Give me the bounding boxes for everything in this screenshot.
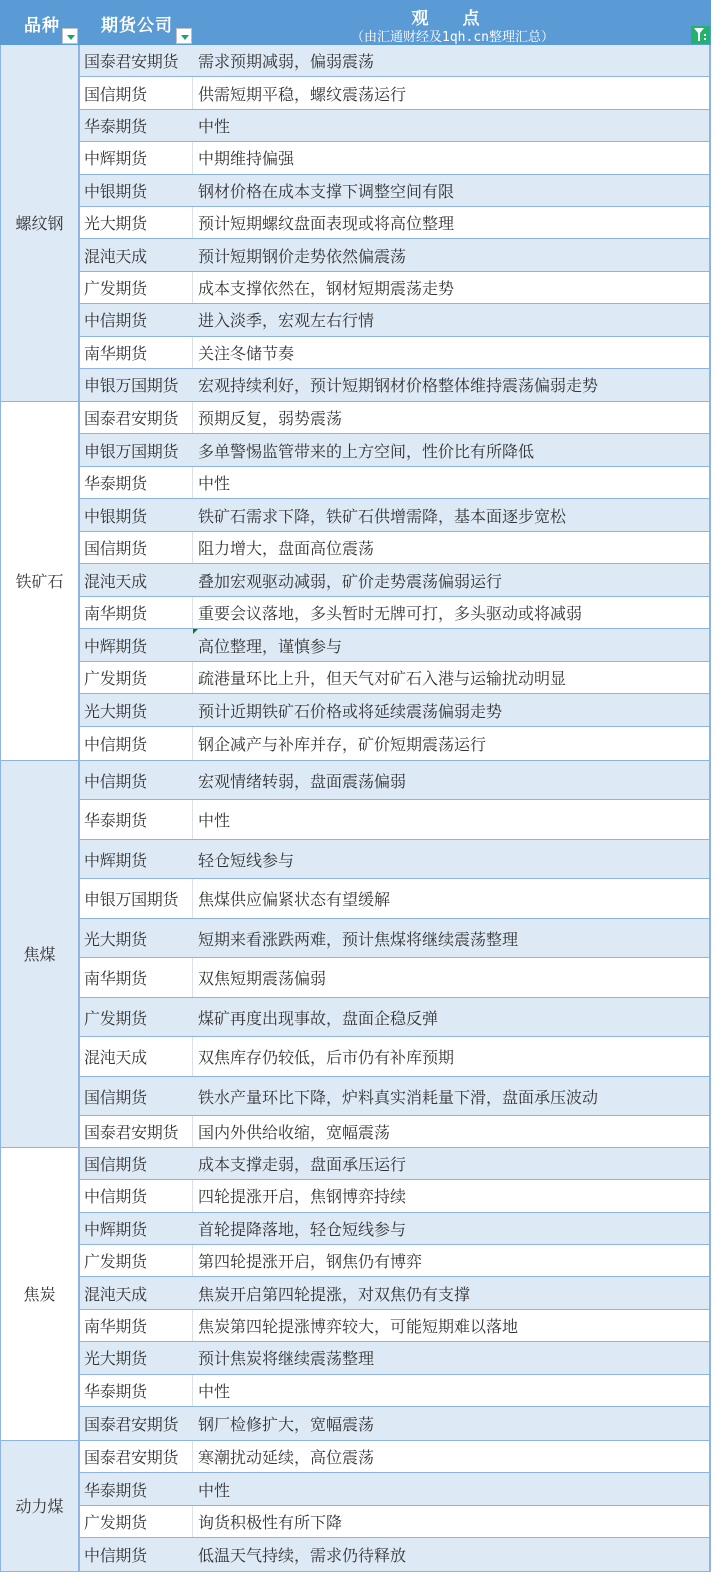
table-row: 混沌天成预计短期钢价走势依然偏震荡 [80,239,711,271]
view-text: 双焦库存仍较低，后市仍有补库预期 [198,1045,454,1068]
section-4: 动力煤国泰君安期货寒潮扰动延续，高位震荡华泰期货中性广发期货询货积极性有所下降中… [0,1441,711,1572]
view-text: 钢材价格在成本支撑下调整空间有限 [198,179,454,202]
section-rows: 国泰君安期货预期反复，弱势震荡申银万国期货多单警惕监管带来的上方空间，性价比有所… [80,402,711,760]
section-rows: 国信期货成本支撑走弱，盘面承压运行中信期货四轮提涨开启，焦钢博弈持续中辉期货首轮… [80,1148,711,1440]
view-cell[interactable]: 轻仓短线参与 [193,840,709,879]
company-cell[interactable]: 广发期货 [80,272,193,303]
view-cell[interactable]: 疏港量环比上升，但天气对矿石入港与运输扰动明显 [193,662,709,694]
futures-opinion-table: 品种 期货公司 观 点 （由汇通财经及1qh.cn整理汇总） 螺纹钢国泰君安期货… [0,0,711,1572]
company-cell[interactable]: 南华期货 [80,1310,193,1341]
view-cell[interactable]: 进入淡季，宏观左右行情 [193,304,709,335]
table-row: 广发期货煤矿再度出现事故，盘面企稳反弹 [80,998,711,1038]
category-cell[interactable]: 铁矿石 [0,402,80,760]
header-company: 期货公司 [81,0,194,45]
view-cell[interactable]: 多单警惕监管带来的上方空间，性价比有所降低 [193,434,709,466]
company-cell[interactable]: 广发期货 [80,1506,193,1538]
table-row: 混沌天成双焦库存仍较低，后市仍有补库预期 [80,1037,711,1077]
section-0: 螺纹钢国泰君安期货需求预期减弱，偏弱震荡国信期货供需短期平稳，螺纹震荡运行华泰期… [0,45,711,402]
company-cell[interactable]: 南华期货 [80,597,193,629]
category-cell[interactable]: 动力煤 [0,1441,80,1571]
table-row: 中信期货进入淡季，宏观左右行情 [80,304,711,336]
view-text: 焦炭第四轮提涨博弈较大，可能短期难以落地 [198,1314,518,1337]
view-text: 预计近期铁矿石价格或将延续震荡偏弱走势 [198,699,502,722]
view-cell[interactable]: 宏观持续利好，预计短期钢材价格整体维持震荡偏弱走势 [193,369,709,401]
company-cell[interactable]: 广发期货 [80,662,193,694]
view-text: 供需短期平稳，螺纹震荡运行 [198,82,406,105]
company-cell[interactable]: 光大期货 [80,694,193,726]
company-cell[interactable]: 申银万国期货 [80,879,193,918]
company-cell[interactable]: 申银万国期货 [80,434,193,466]
view-cell[interactable]: 成本支撑走弱，盘面承压运行 [193,1148,709,1179]
view-text: 预计短期钢价走势依然偏震荡 [198,244,406,267]
view-text: 需求预期减弱，偏弱震荡 [198,49,374,72]
section-1: 铁矿石国泰君安期货预期反复，弱势震荡申银万国期货多单警惕监管带来的上方空间，性价… [0,402,711,761]
table-row: 中信期货四轮提涨开启，焦钢博弈持续 [80,1180,711,1212]
category-filter-dropdown-icon[interactable] [62,28,78,44]
view-cell[interactable]: 中性 [193,467,709,499]
view-text: 煤矿再度出现事故，盘面企稳反弹 [198,1006,438,1029]
view-cell[interactable]: 供需短期平稳，螺纹震荡运行 [193,77,709,108]
view-text: 成本支撑依然在，钢材短期震荡走势 [198,276,454,299]
company-cell[interactable]: 国信期货 [80,532,193,564]
table-row: 广发期货询货积极性有所下降 [80,1506,711,1539]
view-text: 焦炭开启第四轮提涨，对双焦仍有支撑 [198,1282,470,1305]
view-text: 中性 [198,1379,230,1402]
table-row: 中辉期货高位整理，谨慎参与 [80,629,711,662]
table-row: 光大期货预计短期螺纹盘面表现或将高位整理 [80,207,711,239]
header-view: 观 点 （由汇通财经及1qh.cn整理汇总） [194,0,711,45]
view-cell[interactable]: 预计短期螺纹盘面表现或将高位整理 [193,207,709,238]
view-cell[interactable]: 国内外供给收缩，宽幅震荡 [193,1116,709,1147]
table-row: 中信期货宏观情绪转弱，盘面震荡偏弱 [80,761,711,801]
view-cell[interactable]: 中性 [193,1375,709,1406]
table-row: 南华期货焦炭第四轮提涨博弈较大，可能短期难以落地 [80,1310,711,1342]
table-row: 华泰期货中性 [80,110,711,142]
company-cell[interactable]: 国信期货 [80,1148,193,1179]
view-text: 铁水产量环比下降，炉料真实消耗量下滑，盘面承压波动 [198,1085,598,1108]
table-row: 华泰期货中性 [80,1473,711,1506]
view-text: 低温天气持续，需求仍待释放 [198,1543,406,1566]
view-text: 四轮提涨开启，焦钢博弈持续 [198,1184,406,1207]
company-cell[interactable]: 混沌天成 [80,1037,193,1076]
view-text: 进入淡季，宏观左右行情 [198,308,374,331]
company-cell[interactable]: 广发期货 [80,998,193,1037]
table-row: 华泰期货中性 [80,467,711,500]
view-text: 宏观持续利好，预计短期钢材价格整体维持震荡偏弱走势 [198,373,598,396]
company-cell[interactable]: 国泰君安期货 [80,1441,193,1473]
view-text: 宏观情绪转弱，盘面震荡偏弱 [198,769,406,792]
section-rows: 国泰君安期货寒潮扰动延续，高位震荡华泰期货中性广发期货询货积极性有所下降中信期货… [80,1441,711,1571]
view-text: 预期反复，弱势震荡 [198,406,342,429]
table-row: 国泰君安期货国内外供给收缩，宽幅震荡 [80,1116,711,1147]
view-cell[interactable]: 中性 [193,1473,709,1505]
view-cell[interactable]: 寒潮扰动延续，高位震荡 [193,1441,709,1473]
company-cell[interactable]: 中信期货 [80,761,193,800]
company-cell[interactable]: 申银万国期货 [80,369,193,401]
view-cell[interactable]: 中性 [193,800,709,839]
company-cell[interactable]: 华泰期货 [80,1473,193,1505]
view-text: 疏港量环比上升，但天气对矿石入港与运输扰动明显 [198,666,566,689]
view-text: 中期维持偏强 [198,146,294,169]
company-cell[interactable]: 国泰君安期货 [80,402,193,434]
table-row: 广发期货第四轮提涨开启，钢焦仍有博弈 [80,1245,711,1277]
view-text: 铁矿石需求下降，铁矿石供增需降，基本面逐步宽松 [198,504,566,527]
view-cell[interactable]: 钢材价格在成本支撑下调整空间有限 [193,175,709,206]
active-filter-icon[interactable] [691,26,710,44]
company-cell[interactable]: 国信期货 [80,77,193,108]
table-row: 国信期货成本支撑走弱，盘面承压运行 [80,1148,711,1180]
company-cell[interactable]: 中信期货 [80,1180,193,1211]
view-text: 预计焦炭将继续震荡整理 [198,1346,374,1369]
table-row: 中银期货钢材价格在成本支撑下调整空间有限 [80,175,711,207]
table-row: 广发期货成本支撑依然在，钢材短期震荡走势 [80,272,711,304]
company-cell[interactable]: 光大期货 [80,919,193,958]
view-cell[interactable]: 双焦库存仍较低，后市仍有补库预期 [193,1037,709,1076]
section-rows: 中信期货宏观情绪转弱，盘面震荡偏弱华泰期货中性中辉期货轻仓短线参与申银万国期货焦… [80,761,711,1147]
table-header: 品种 期货公司 观 点 （由汇通财经及1qh.cn整理汇总） [0,0,711,45]
category-cell[interactable]: 焦炭 [0,1148,80,1440]
view-cell[interactable]: 高位整理，谨慎参与 [193,629,709,661]
view-cell[interactable]: 询货积极性有所下降 [193,1506,709,1538]
category-cell[interactable]: 螺纹钢 [0,45,80,401]
view-cell[interactable]: 叠加宏观驱动减弱，矿价走势震荡偏弱运行 [193,564,709,596]
view-text: 中性 [198,114,230,137]
view-text: 第四轮提涨开启，钢焦仍有博弈 [198,1249,422,1272]
section-rows: 国泰君安期货需求预期减弱，偏弱震荡国信期货供需短期平稳，螺纹震荡运行华泰期货中性… [80,45,711,401]
table-row: 申银万国期货焦煤供应偏紧状态有望缓解 [80,879,711,919]
view-text: 钢厂检修扩大，宽幅震荡 [198,1412,374,1435]
company-cell[interactable]: 中银期货 [80,499,193,531]
view-cell[interactable]: 焦炭开启第四轮提涨，对双焦仍有支撑 [193,1277,709,1308]
section-3: 焦炭国信期货成本支撑走弱，盘面承压运行中信期货四轮提涨开启，焦钢博弈持续中辉期货… [0,1148,711,1441]
company-cell[interactable]: 华泰期货 [80,467,193,499]
header-category-label: 品种 [24,11,60,36]
table-row: 中银期货铁矿石需求下降，铁矿石供增需降，基本面逐步宽松 [80,499,711,532]
table-row: 南华期货关注冬储节奏 [80,337,711,369]
view-cell[interactable]: 煤矿再度出现事故，盘面企稳反弹 [193,998,709,1037]
view-text: 轻仓短线参与 [198,848,294,871]
view-cell[interactable]: 四轮提涨开启，焦钢博弈持续 [193,1180,709,1211]
view-text: 阻力增大，盘面高位震荡 [198,536,374,559]
table-row: 申银万国期货多单警惕监管带来的上方空间，性价比有所降低 [80,434,711,467]
table-row: 申银万国期货宏观持续利好，预计短期钢材价格整体维持震荡偏弱走势 [80,369,711,401]
company-cell[interactable]: 中信期货 [80,1538,193,1571]
category-cell[interactable]: 焦煤 [0,761,80,1147]
table-row: 中辉期货首轮提降落地，轻仓短线参与 [80,1213,711,1245]
company-cell[interactable]: 中辉期货 [80,840,193,879]
view-cell[interactable]: 中期维持偏强 [193,142,709,173]
table-row: 混沌天成焦炭开启第四轮提涨，对双焦仍有支撑 [80,1277,711,1309]
view-text: 成本支撑走弱，盘面承压运行 [198,1152,406,1175]
view-cell[interactable]: 铁水产量环比下降，炉料真实消耗量下滑，盘面承压波动 [193,1077,709,1116]
view-cell[interactable]: 第四轮提涨开启，钢焦仍有博弈 [193,1245,709,1276]
company-cell[interactable]: 国泰君安期货 [80,1116,193,1147]
view-cell[interactable]: 钢厂检修扩大，宽幅震荡 [193,1407,709,1440]
view-cell[interactable]: 预计近期铁矿石价格或将延续震荡偏弱走势 [193,694,709,726]
view-cell[interactable]: 双焦短期震荡偏弱 [193,958,709,997]
table-row: 光大期货预计焦炭将继续震荡整理 [80,1342,711,1374]
company-cell[interactable]: 广发期货 [80,1245,193,1276]
view-cell[interactable]: 焦煤供应偏紧状态有望缓解 [193,879,709,918]
table-row: 广发期货疏港量环比上升，但天气对矿石入港与运输扰动明显 [80,662,711,695]
table-row: 华泰期货中性 [80,800,711,840]
view-cell[interactable]: 低温天气持续，需求仍待释放 [193,1538,709,1571]
company-cell[interactable]: 中辉期货 [80,142,193,173]
view-cell[interactable]: 预计短期钢价走势依然偏震荡 [193,239,709,270]
company-cell[interactable]: 中银期货 [80,175,193,206]
view-text: 焦煤供应偏紧状态有望缓解 [198,887,390,910]
company-cell[interactable]: 混沌天成 [80,564,193,596]
view-cell[interactable]: 短期来看涨跌两难，预计焦煤将继续震荡整理 [193,919,709,958]
table-row: 中信期货钢企减产与补库并存，矿价短期震荡运行 [80,727,711,760]
table-row: 国信期货阻力增大，盘面高位震荡 [80,532,711,565]
company-cell[interactable]: 华泰期货 [80,1375,193,1406]
view-cell[interactable]: 钢企减产与补库并存，矿价短期震荡运行 [193,727,709,760]
view-text: 高位整理，谨慎参与 [198,634,342,657]
company-cell[interactable]: 中信期货 [80,304,193,335]
view-text: 中性 [198,1478,230,1501]
view-text: 关注冬储节奏 [198,341,294,364]
company-cell[interactable]: 光大期货 [80,1342,193,1373]
view-cell[interactable]: 铁矿石需求下降，铁矿石供增需降，基本面逐步宽松 [193,499,709,531]
company-cell[interactable]: 光大期货 [80,207,193,238]
table-row: 南华期货双焦短期震荡偏弱 [80,958,711,998]
company-filter-dropdown-icon[interactable] [176,28,192,44]
table-row: 中辉期货轻仓短线参与 [80,840,711,880]
table-row: 光大期货短期来看涨跌两难，预计焦煤将继续震荡整理 [80,919,711,959]
view-cell[interactable]: 预期反复，弱势震荡 [193,402,709,434]
table-row: 华泰期货中性 [80,1375,711,1407]
table-row: 国信期货铁水产量环比下降，炉料真实消耗量下滑，盘面承压波动 [80,1077,711,1117]
table-body: 螺纹钢国泰君安期货需求预期减弱，偏弱震荡国信期货供需短期平稳，螺纹震荡运行华泰期… [0,45,711,1572]
view-cell[interactable]: 首轮提降落地，轻仓短线参与 [193,1213,709,1244]
company-cell[interactable]: 国泰君安期货 [80,1407,193,1440]
company-cell[interactable]: 华泰期货 [80,800,193,839]
view-cell[interactable]: 阻力增大，盘面高位震荡 [193,532,709,564]
view-text: 短期来看涨跌两难，预计焦煤将继续震荡整理 [198,927,518,950]
view-cell[interactable]: 成本支撑依然在，钢材短期震荡走势 [193,272,709,303]
company-cell[interactable]: 中辉期货 [80,1213,193,1244]
view-cell[interactable]: 宏观情绪转弱，盘面震荡偏弱 [193,761,709,800]
table-row: 国泰君安期货钢厂检修扩大，宽幅震荡 [80,1407,711,1440]
table-row: 国信期货供需短期平稳，螺纹震荡运行 [80,77,711,109]
view-text: 多单警惕监管带来的上方空间，性价比有所降低 [198,439,534,462]
header-view-subtitle: （由汇通财经及1qh.cn整理汇总） [194,26,711,45]
company-cell[interactable]: 国信期货 [80,1077,193,1116]
table-row: 南华期货重要会议落地，多头暂时无牌可打，多头驱动或将减弱 [80,597,711,630]
company-cell[interactable]: 混沌天成 [80,1277,193,1308]
table-row: 国泰君安期货寒潮扰动延续，高位震荡 [80,1441,711,1474]
company-cell[interactable]: 南华期货 [80,958,193,997]
view-cell[interactable]: 焦炭第四轮提涨博弈较大，可能短期难以落地 [193,1310,709,1341]
header-company-label: 期货公司 [101,11,173,36]
view-cell[interactable]: 关注冬储节奏 [193,337,709,368]
view-text: 询货积极性有所下降 [198,1510,342,1533]
section-2: 焦煤中信期货宏观情绪转弱，盘面震荡偏弱华泰期货中性中辉期货轻仓短线参与申银万国期… [0,761,711,1148]
header-category: 品种 [0,0,81,45]
company-cell[interactable]: 华泰期货 [80,110,193,141]
cell-comment-indicator-icon [193,629,198,634]
view-text: 双焦短期震荡偏弱 [198,966,326,989]
company-cell[interactable]: 国泰君安期货 [80,45,193,76]
table-row: 混沌天成叠加宏观驱动减弱，矿价走势震荡偏弱运行 [80,564,711,597]
view-text: 重要会议落地，多头暂时无牌可打，多头驱动或将减弱 [198,601,582,624]
view-text: 国内外供给收缩，宽幅震荡 [198,1120,390,1143]
view-cell[interactable]: 预计焦炭将继续震荡整理 [193,1342,709,1373]
company-cell[interactable]: 混沌天成 [80,239,193,270]
view-text: 预计短期螺纹盘面表现或将高位整理 [198,211,454,234]
table-row: 国泰君安期货需求预期减弱，偏弱震荡 [80,45,711,77]
view-text: 叠加宏观驱动减弱，矿价走势震荡偏弱运行 [198,569,502,592]
view-cell[interactable]: 中性 [193,110,709,141]
table-row: 中信期货低温天气持续，需求仍待释放 [80,1538,711,1571]
table-row: 国泰君安期货预期反复，弱势震荡 [80,402,711,435]
company-cell[interactable]: 中辉期货 [80,629,193,661]
table-row: 中辉期货中期维持偏强 [80,142,711,174]
view-text: 寒潮扰动延续，高位震荡 [198,1445,374,1468]
company-cell[interactable]: 南华期货 [80,337,193,368]
view-cell[interactable]: 重要会议落地，多头暂时无牌可打，多头驱动或将减弱 [193,597,709,629]
view-text: 首轮提降落地，轻仓短线参与 [198,1217,406,1240]
table-row: 光大期货预计近期铁矿石价格或将延续震荡偏弱走势 [80,694,711,727]
view-cell[interactable]: 需求预期减弱，偏弱震荡 [193,45,709,76]
view-text: 钢企减产与补库并存，矿价短期震荡运行 [198,732,486,755]
view-text: 中性 [198,471,230,494]
company-cell[interactable]: 中信期货 [80,727,193,760]
view-text: 中性 [198,808,230,831]
